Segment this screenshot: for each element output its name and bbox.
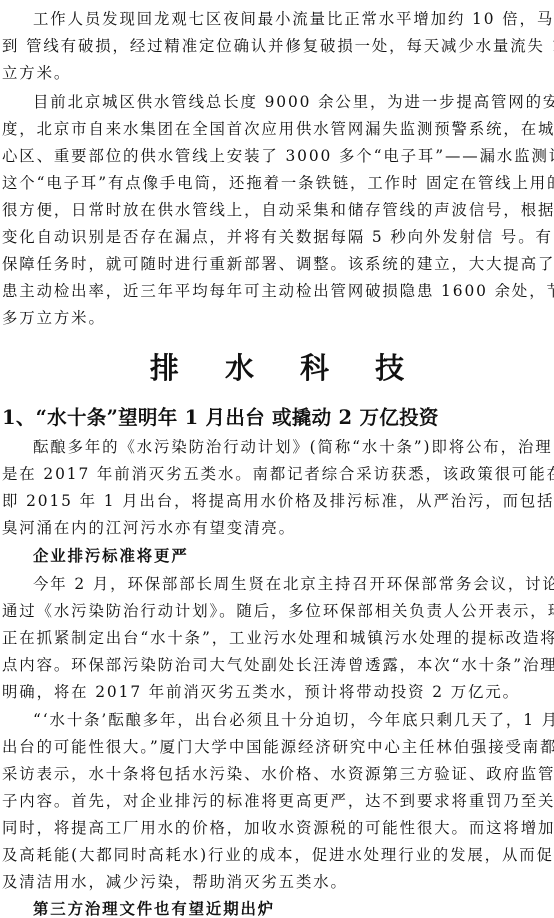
paragraph-line: 点内容。环保部污染防治司大气处副处长汪涛曾透露，本次“水十条”治理目标	[2, 655, 554, 675]
paragraph-line: 多万立方米。	[2, 308, 554, 328]
paragraph-line: 到 管线有破损，经过精准定位确认并修复破损一处，每天减少水量流失 1200	[2, 36, 554, 56]
paragraph-line: 是在 2017 年前消灭劣五类水。南都记者综合采访获悉，该政策很可能在下个月	[2, 464, 554, 484]
paragraph-line: 度，北京市自来水集团在全国首次应用供水管网漏失监测预警系统，在城市 核	[2, 119, 554, 139]
paragraph-line: 这个“电子耳”有点像手电筒，还拖着一条铁链，工作时 固定在管线上用的，	[2, 173, 554, 193]
paragraph-line: 及高耗能(大都同时高耗水)行业的成本，促进水处理行业的发展，从而促进节约	[2, 845, 554, 865]
paragraph-line: 及清洁用水，减少污染，帮助消灭劣五类水。	[2, 872, 554, 892]
paragraph-line: 工作人员发现回龙观七区夜间最小流量比正常水平增加约 10 倍，马上警觉	[33, 9, 554, 29]
article-title: 1、“水十条”望明年 1 月出台 或撬动 2 万亿投资	[2, 405, 439, 431]
paragraph-line: 保障任务时，就可随时进行重新部署、调整。该系统的建立，大大提高了管网隐	[2, 254, 554, 274]
paragraph-line: 心区、重要部位的供水管线上安装了 3000 多个“电子耳”——漏水监测记录仪。	[2, 146, 554, 166]
paragraph-line: 酝酿多年的《水污染防治行动计划》(简称“水十条”)即将公布，治理目标	[33, 437, 554, 457]
paragraph-line: 今年 2 月，环保部部长周生贤在北京主持召开环保部常务会议，讨论并原则	[33, 574, 554, 594]
paragraph-line: 目前北京城区供水管线总长度 9000 余公里，为进一步提高管网的安全保障	[33, 92, 554, 112]
paragraph-line: 子内容。首先，对企业排污的标准将更高更严，达不到要求将重罚乃至关停企业。	[2, 791, 554, 811]
paragraph-line: 同时，将提高工厂用水的价格，加收水资源税的可能性很大。而这将增加化工以	[2, 818, 554, 838]
paragraph-line: 变化自动识别是否存在漏点，并将有关数据每隔 5 秒向外发射信 号。有了重点	[2, 227, 554, 247]
paragraph-line: 即 2015 年 1 月出台，将提高用水价格及排污标准，从严治污，而包括广州众多	[2, 491, 554, 511]
paragraph-line: 很方便，日常时放在供水管线上，自动采集和储存管线的声波信号，根据声波的	[2, 200, 554, 220]
subheading: 企业排污标准将更严	[33, 546, 189, 566]
subheading: 第三方治理文件也有望近期出炉	[33, 899, 275, 918]
paragraph-line: 通过《水污染防治行动计划》。随后，多位环保部相关负责人公开表示，环保部	[2, 601, 554, 621]
paragraph-line: 出台的可能性很大。”厦门大学中国能源经济研究中心主任林伯强接受南都记者	[2, 737, 554, 757]
paragraph-line: “‘水十条’酝酿多年，出台必须且十分迫切，今年底只剩几天了，1 月份	[33, 710, 554, 730]
paragraph-line: 采访表示，水十条将包括水污染、水价格、水资源第三方验证、政府监管等一揽	[2, 764, 554, 784]
paragraph-line: 正在抓紧制定出台“水十条”，工业污水处理和城镇污水处理的提标改造将是重	[2, 628, 554, 648]
section-title: 排 水 科 技	[0, 350, 554, 386]
paragraph-line: 患主动检出率，近三年平均每年可主动检出管网破损隐患 1600 余处，节水 360…	[2, 281, 554, 301]
paragraph-line: 臭河涌在内的江河污水亦有望变清亮。	[2, 518, 554, 538]
paragraph-line: 明确，将在 2017 年前消灭劣五类水，预计将带动投资 2 万亿元。	[2, 682, 554, 702]
paragraph-line: 立方米。	[2, 63, 554, 83]
